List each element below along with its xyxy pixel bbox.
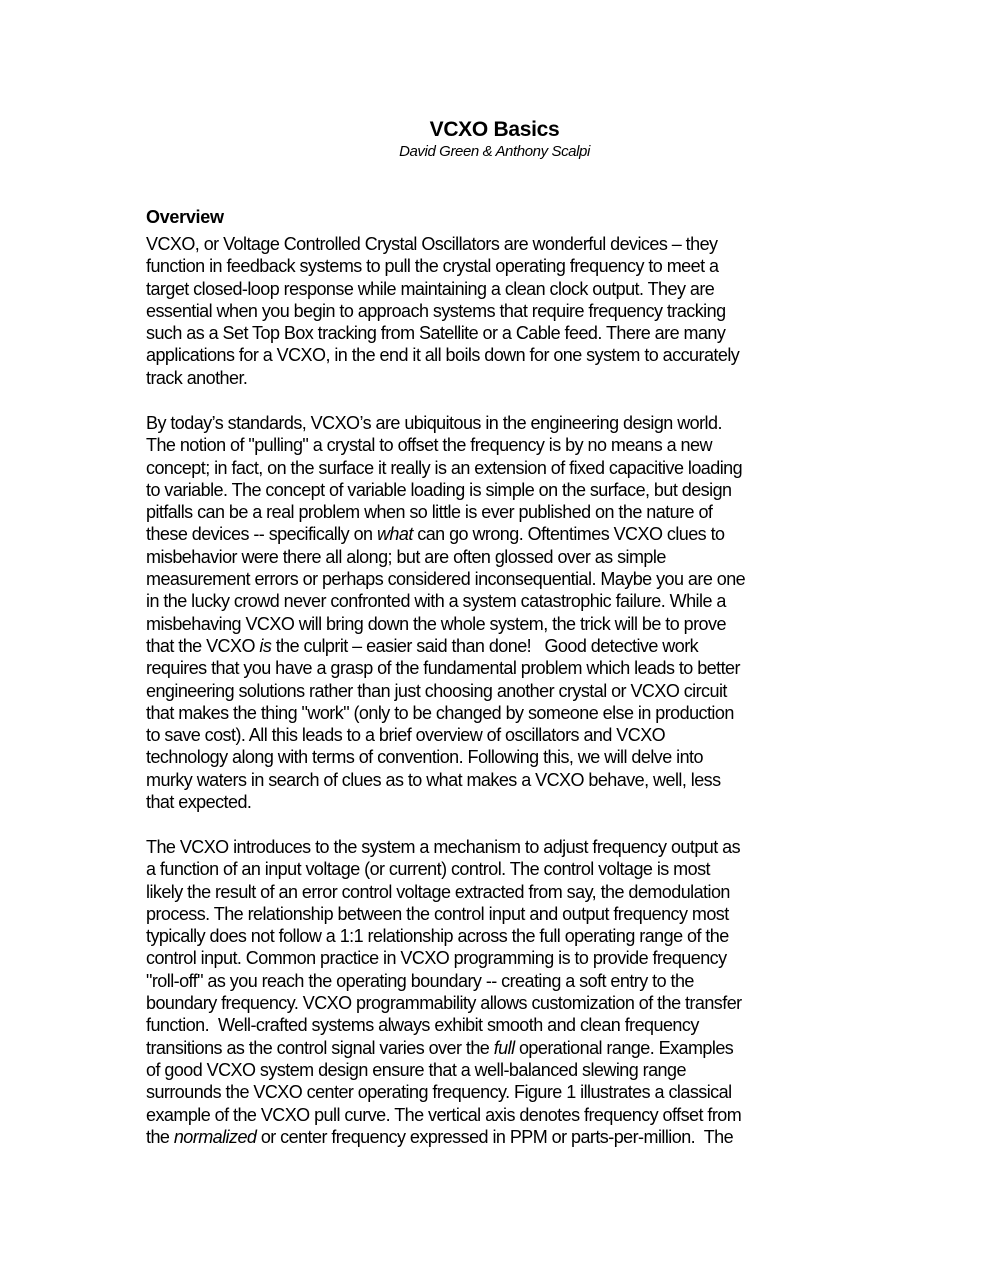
italic-emphasis: full xyxy=(494,1038,515,1058)
text-line: to save cost). All this leads to a brief… xyxy=(146,724,866,746)
text-line: transitions as the control signal varies… xyxy=(146,1037,866,1059)
document-authors: David Green & Anthony Scalpi xyxy=(0,142,989,161)
section-heading-overview: Overview xyxy=(146,206,224,228)
text-line: boundary frequency. VCXO programmability… xyxy=(146,992,866,1014)
text-run: transitions as the control signal varies… xyxy=(146,1038,494,1058)
text-line: in the lucky crowd never confronted with… xyxy=(146,590,866,612)
text-line: "roll-off" as you reach the operating bo… xyxy=(146,970,866,992)
text-line: example of the VCXO pull curve. The vert… xyxy=(146,1104,866,1126)
text-line: to variable. The concept of variable loa… xyxy=(146,479,866,501)
text-line: control input. Common practice in VCXO p… xyxy=(146,947,866,969)
text-run: that the VCXO xyxy=(146,636,259,656)
text-line: pitfalls can be a real problem when so l… xyxy=(146,501,866,523)
text-line: that expected. xyxy=(146,791,866,813)
text-run: or center frequency expressed in PPM or … xyxy=(256,1127,733,1147)
text-line: concept; in fact, on the surface it real… xyxy=(146,457,866,479)
text-line: likely the result of an error control vo… xyxy=(146,881,866,903)
paragraph-1: VCXO, or Voltage Controlled Crystal Osci… xyxy=(146,233,866,389)
text-line: measurement errors or perhaps considered… xyxy=(146,568,866,590)
text-line: process. The relationship between the co… xyxy=(146,903,866,925)
text-line: engineering solutions rather than just c… xyxy=(146,680,866,702)
text-line: such as a Set Top Box tracking from Sate… xyxy=(146,322,866,344)
text-run: operational range. Examples xyxy=(515,1038,734,1058)
text-line: essential when you begin to approach sys… xyxy=(146,300,866,322)
text-line: By today’s standards, VCXO’s are ubiquit… xyxy=(146,412,866,434)
text-line: a function of an input voltage (or curre… xyxy=(146,858,866,880)
text-line: track another. xyxy=(146,367,866,389)
text-line: The VCXO introduces to the system a mech… xyxy=(146,836,866,858)
text-line: that makes the thing "work" (only to be … xyxy=(146,702,866,724)
text-line: that the VCXO is the culprit – easier sa… xyxy=(146,635,866,657)
text-line: function. Well-crafted systems always ex… xyxy=(146,1014,866,1036)
text-run: these devices -- specifically on xyxy=(146,524,377,544)
text-line: applications for a VCXO, in the end it a… xyxy=(146,344,866,366)
text-line: murky waters in search of clues as to wh… xyxy=(146,769,866,791)
text-line: misbehaving VCXO will bring down the who… xyxy=(146,613,866,635)
text-line: typically does not follow a 1:1 relation… xyxy=(146,925,866,947)
text-line: misbehavior were there all along; but ar… xyxy=(146,546,866,568)
paragraph-3: The VCXO introduces to the system a mech… xyxy=(146,836,866,1148)
text-line: surrounds the VCXO center operating freq… xyxy=(146,1081,866,1103)
text-line: these devices -- specifically on what ca… xyxy=(146,523,866,545)
text-line: technology along with terms of conventio… xyxy=(146,746,866,768)
document-page: VCXO Basics David Green & Anthony Scalpi… xyxy=(0,0,989,1280)
text-run: can go wrong. Oftentimes VCXO clues to xyxy=(413,524,725,544)
text-line: The notion of "pulling" a crystal to off… xyxy=(146,434,866,456)
text-line: target closed-loop response while mainta… xyxy=(146,278,866,300)
document-title: VCXO Basics xyxy=(0,117,989,143)
text-run: the xyxy=(146,1127,174,1147)
paragraph-2: By today’s standards, VCXO’s are ubiquit… xyxy=(146,412,866,813)
text-run: the culprit – easier said than done! Goo… xyxy=(271,636,698,656)
text-line: VCXO, or Voltage Controlled Crystal Osci… xyxy=(146,233,866,255)
italic-emphasis: is xyxy=(259,636,271,656)
text-line: function in feedback systems to pull the… xyxy=(146,255,866,277)
italic-emphasis: what xyxy=(377,524,413,544)
italic-emphasis: normalized xyxy=(174,1127,257,1147)
text-line: requires that you have a grasp of the fu… xyxy=(146,657,866,679)
text-line: the normalized or center frequency expre… xyxy=(146,1126,866,1148)
text-line: of good VCXO system design ensure that a… xyxy=(146,1059,866,1081)
